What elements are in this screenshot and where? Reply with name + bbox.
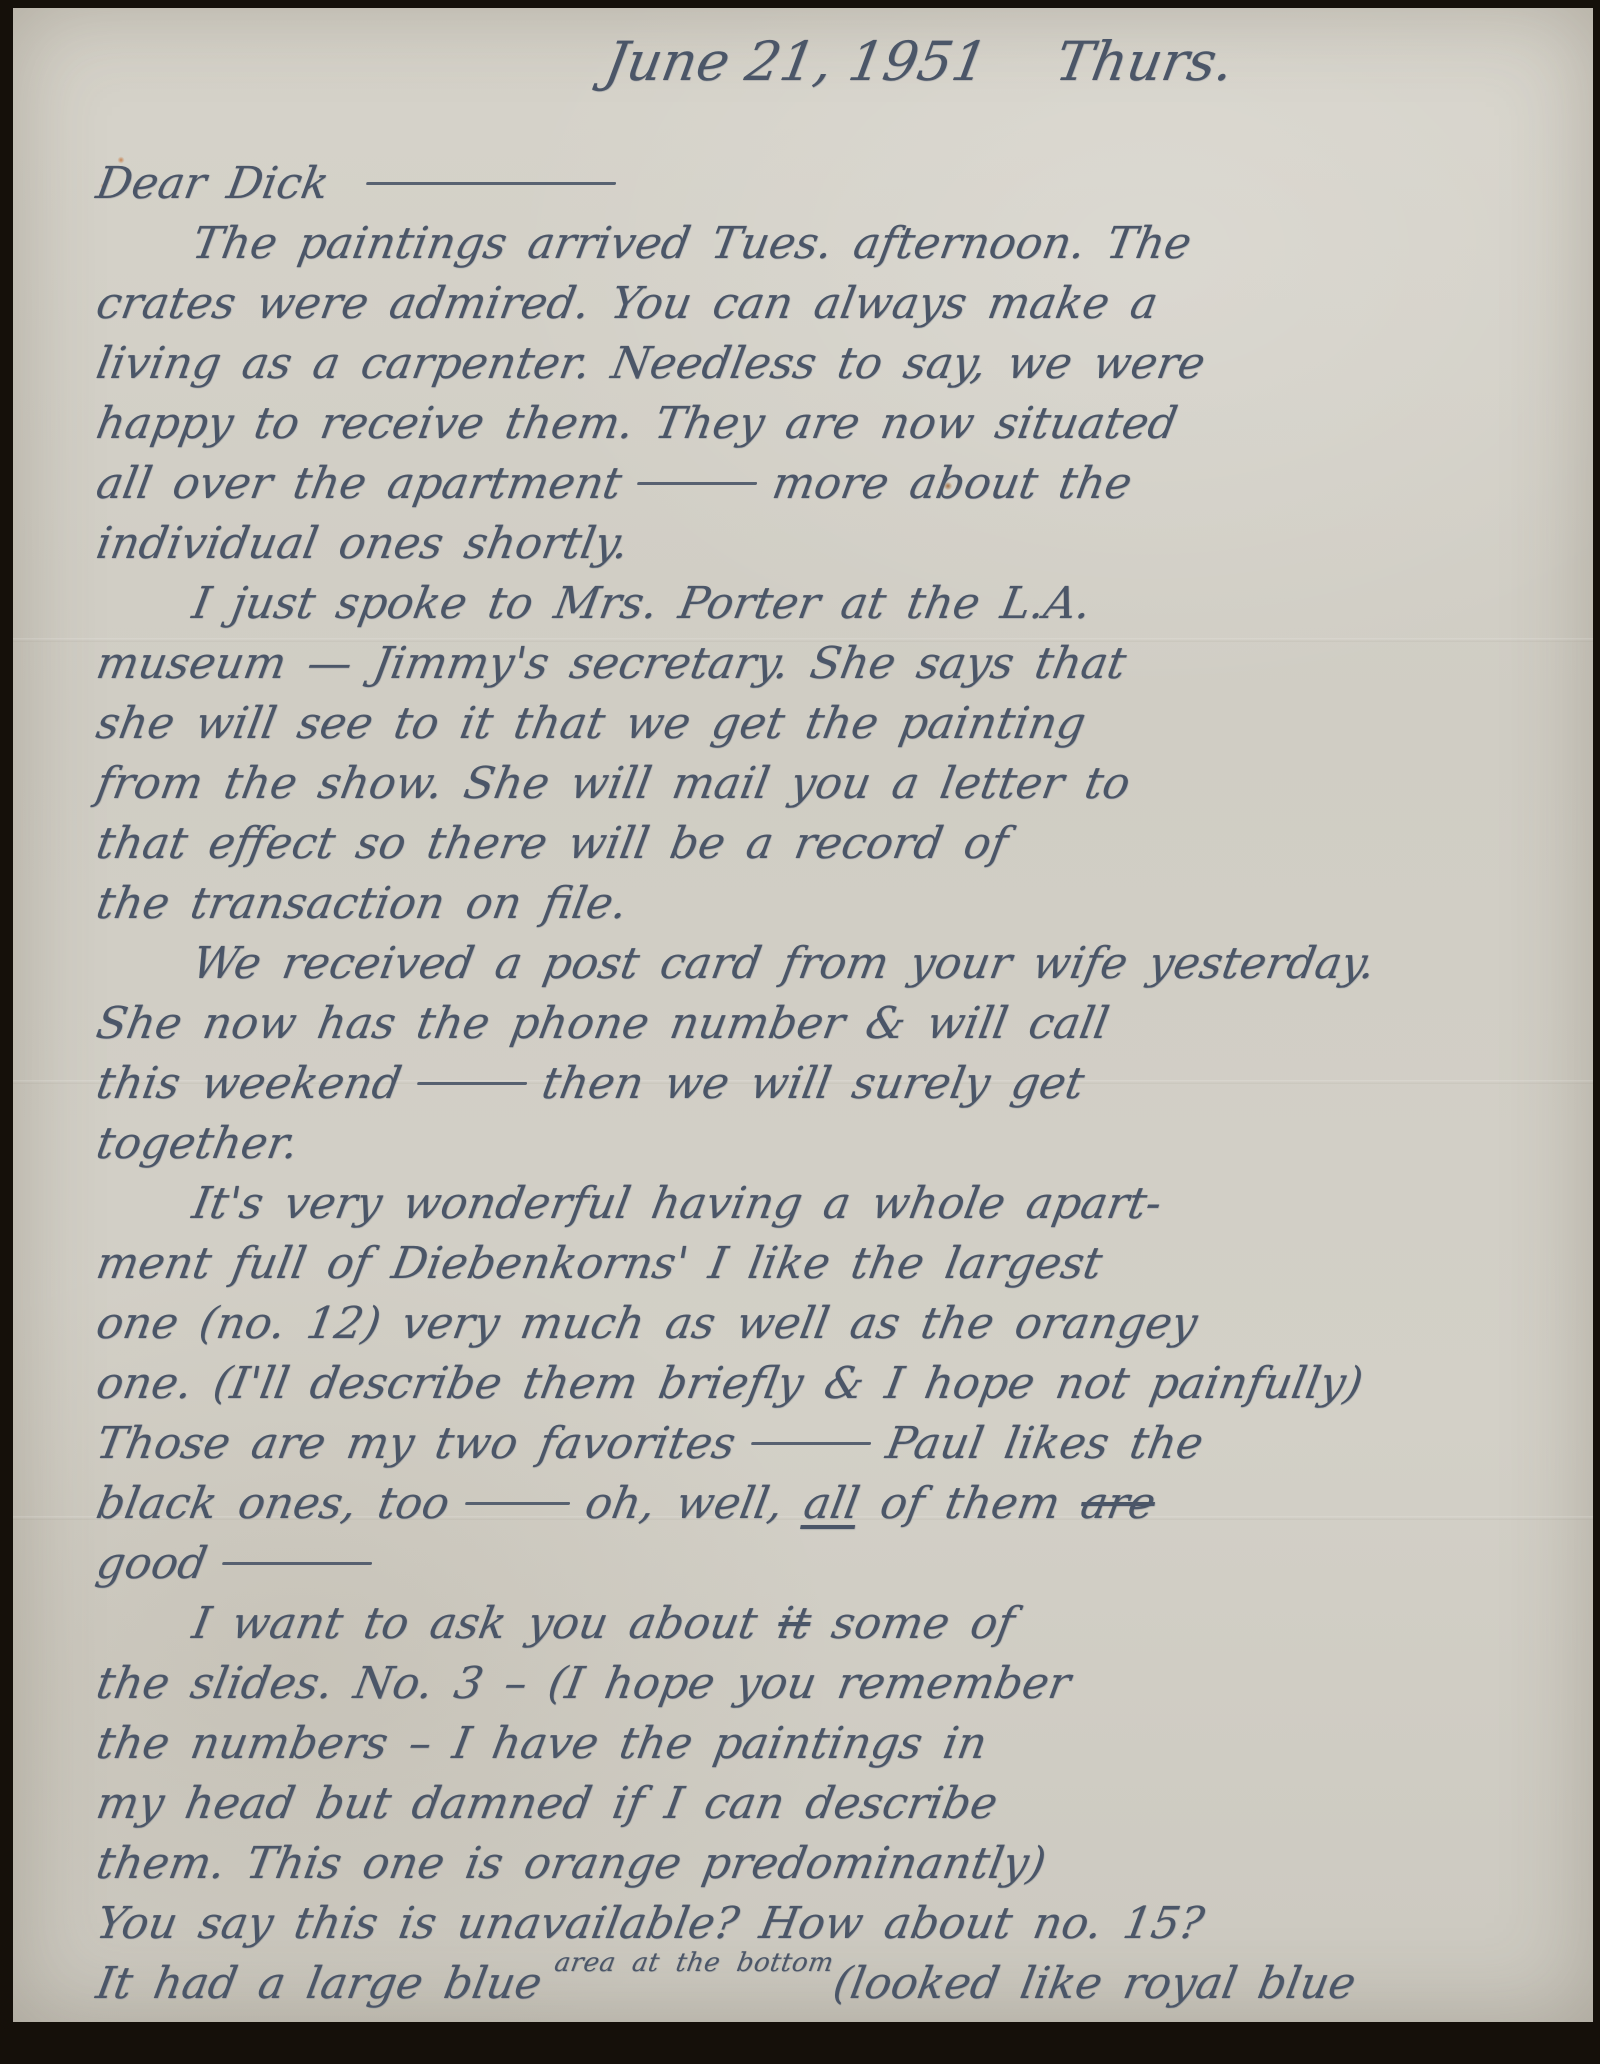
letter-text: It had a large blue [93,1958,546,2009]
letter-text: this weekend [93,1058,406,1109]
letter-body: Dear Dick The paintings arrived Tues. af… [97,154,1573,2014]
ink-dash [751,1442,872,1445]
letter-text: It's very wonderful having a whole apart… [189,1178,1166,1229]
letter-text: crates were admired. You can always make… [93,278,1162,329]
letter-line: I just spoke to Mrs. Porter at the L.A. [92,574,1579,634]
letter-line: It's very wonderful having a whole apart… [92,1174,1579,1234]
letter-text: all over the apartment [93,458,626,509]
letter-text: oh, well, [581,1478,809,1529]
letter-line: The paintings arrived Tues. afternoon. T… [92,214,1579,274]
letter-line: them. This one is orange predominantly) [92,1834,1579,1894]
ink-dash [222,1562,373,1565]
letter-line: together. [92,1114,1579,1174]
letter-line: crates were admired. You can always make… [92,274,1579,334]
letter-text: happy to receive them. They are now situ… [93,398,1181,449]
letter-line: individual ones shortly. [92,514,1579,574]
letter-line: We received a post card from your wife y… [92,934,1579,994]
ink-dash [416,1082,527,1085]
letter-text: She now has the phone number & will call [93,998,1113,1049]
letter-text: all [800,1478,863,1529]
letter-text: that effect so there will be a record of [93,818,1012,869]
letter-line: one. (I'll describe them briefly & I hop… [92,1354,1579,1414]
letter-text: then we will surely get [538,1058,1088,1109]
letter-text: together. [93,1118,303,1169]
letter-text: she will see to it that we get the paint… [93,698,1090,749]
letter-line: She now has the phone number & will call [92,994,1579,1054]
letter-line: the numbers – I have the paintings in [92,1714,1579,1774]
letter-text: individual ones shortly. [93,518,633,569]
letter-line: Dear Dick [92,154,1579,214]
letter-line: Those are my two favoritesPaul likes the [92,1414,1579,1474]
letter-text: one (no. 12) very much as well as the or… [93,1298,1202,1349]
letter-text: Dear Dick [93,158,355,209]
letter-text: I want to ask you about [189,1598,783,1649]
letter-line: living as a carpenter. Needless to say, … [92,334,1579,394]
date-line: June 21, 1951 Thurs. [600,30,1238,93]
letter-line: happy to receive them. They are now situ… [92,394,1579,454]
letter-line: museum — Jimmy's secretary. She says tha… [92,634,1579,694]
letter-text: (looked like royal blue [829,1958,1359,2009]
letter-text: Paul likes the [882,1418,1207,1469]
letter-text: museum — Jimmy's secretary. She says tha… [93,638,1130,689]
letter-text: my head but damned if I can describe [93,1778,1002,1829]
letter-line: she will see to it that we get the paint… [92,694,1579,754]
ink-dash [366,182,617,185]
letter-text: ment full of Diebenkorns' I like the lar… [93,1238,1106,1289]
letter-text: The paintings arrived Tues. afternoon. T… [189,218,1196,269]
letter-line: black ones, toooh, well, all of them are [92,1474,1579,1534]
ink-dash [465,1502,571,1505]
letter-text: We received a post card from your wife y… [189,938,1380,989]
letter-text: one. (I'll describe them briefly & I hop… [93,1358,1367,1409]
ink-dash [637,482,758,485]
letter-page: June 21, 1951 Thurs. Dear Dick The paint… [13,8,1593,2022]
letter-line: from the show. She will mail you a lette… [92,754,1579,814]
letter-text: good [93,1538,211,1589]
letter-line: good [92,1534,1579,1594]
letter-line: ment full of Diebenkorns' I like the lar… [92,1234,1579,1294]
letter-line: that effect so there will be a record of [92,814,1579,874]
letter-line: this weekendthen we will surely get [92,1054,1579,1114]
letter-text: Those are my two favorites [93,1418,740,1469]
letter-line: the slides. No. 3 – (I hope you remember [92,1654,1579,1714]
letter-text: the numbers – I have the paintings in [93,1718,991,1769]
letter-text: the transaction on file. [93,878,632,929]
letter-line: It had a large bluearea at the bottom(lo… [92,1954,1579,2014]
letter-line: the transaction on file. [92,874,1579,934]
letter-text: some of [806,1598,1019,1649]
day-text: Thurs. [1051,30,1238,93]
letter-line: all over the apartmentmore about the [92,454,1579,514]
letter-line: one (no. 12) very much as well as the or… [92,1294,1579,1354]
letter-text: living as a carpenter. Needless to say, … [93,338,1209,389]
letter-text: I just spoke to Mrs. Porter at the L.A. [189,578,1095,629]
letter-text: the slides. No. 3 – (I hope you remember [93,1658,1075,1709]
letter-text: more about the [769,458,1136,509]
scan-background: { "page": { "paper_color": "#d2cfc6", "i… [0,0,1600,2064]
letter-text: are [1077,1478,1159,1529]
date-text: June 21, 1951 [600,30,992,93]
letter-text: from the show. She will mail you a lette… [93,758,1134,809]
letter-line: I want to ask you about it some of [92,1594,1579,1654]
letter-text: them. This one is orange predominantly) [93,1838,1050,1889]
letter-text: black ones, too [93,1478,454,1529]
letter-line: my head but damned if I can describe [92,1774,1579,1834]
interline-insertion: area at the bottom [550,1933,839,1993]
letter-text: of them [854,1478,1086,1529]
